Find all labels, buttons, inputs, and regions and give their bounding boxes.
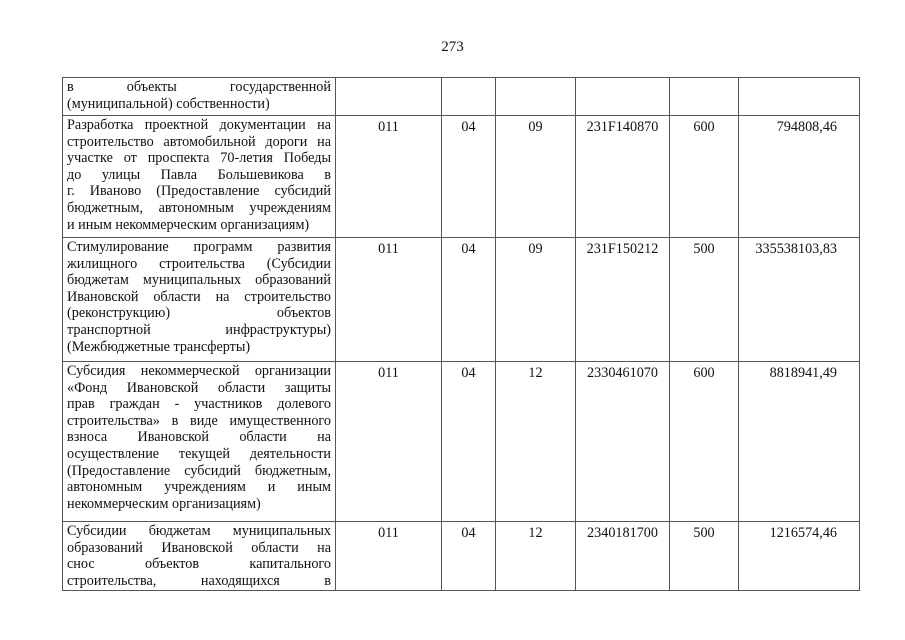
ministry-code: 011 <box>336 238 442 362</box>
expense-description: Субсидия некоммерческой организации«Фонд… <box>63 362 336 522</box>
expense-type-code: 600 <box>670 116 739 238</box>
ministry-code: 011 <box>336 362 442 522</box>
description-line: бюджетным, автономным учреждениям <box>67 200 331 217</box>
description-line: и иным некоммерческим организациям) <box>67 217 331 234</box>
description-line: некоммерческим организациям) <box>67 496 331 513</box>
target-article-code: 2330461070 <box>576 362 670 522</box>
description-line: снос объектов капитального <box>67 556 331 573</box>
expense-type-code <box>670 78 739 116</box>
description-line: (муниципальной) собственности) <box>67 96 331 113</box>
ministry-code: 011 <box>336 116 442 238</box>
subsection-code: 12 <box>496 362 576 522</box>
description-line: жилищного строительства (Субсидии <box>67 256 331 273</box>
description-line: до улицы Павла Большевикова в <box>67 167 331 184</box>
description-line: осуществление текущей деятельности <box>67 446 331 463</box>
amount-value: 1216574,46 <box>739 522 860 591</box>
description-line: строительства, находящихся в <box>67 573 331 590</box>
description-line: взноса Ивановской области на <box>67 429 331 446</box>
target-article-code: 231F140870 <box>576 116 670 238</box>
target-article-code: 231F150212 <box>576 238 670 362</box>
description-line: автономным учреждениям и иным <box>67 479 331 496</box>
description-line: (Межбюджетные трансферты) <box>67 339 331 356</box>
description-line: участке от проспекта 70-летия Победы <box>67 150 331 167</box>
budget-table: в объекты государственной(муниципальной)… <box>62 77 860 591</box>
expense-description: Субсидии бюджетам муниципальныхобразован… <box>63 522 336 591</box>
subsection-code: 12 <box>496 522 576 591</box>
description-line: прав граждан - участников долевого <box>67 396 331 413</box>
section-code: 04 <box>442 116 496 238</box>
description-line: Субсидия некоммерческой организации <box>67 363 331 380</box>
expense-description: в объекты государственной(муниципальной)… <box>63 78 336 116</box>
section-code: 04 <box>442 238 496 362</box>
table-row: Стимулирование программ развитияжилищног… <box>63 238 860 362</box>
subsection-code <box>496 78 576 116</box>
expense-description: Разработка проектной документации настро… <box>63 116 336 238</box>
ministry-code <box>336 78 442 116</box>
description-line: строительство автомобильной дороги на <box>67 134 331 151</box>
expense-type-code: 500 <box>670 522 739 591</box>
description-line: строительства» в виде имущественного <box>67 413 331 430</box>
subsection-code: 09 <box>496 116 576 238</box>
expense-type-code: 600 <box>670 362 739 522</box>
amount-value: 794808,46 <box>739 116 860 238</box>
description-line: г. Иваново (Предоставление субсидий <box>67 183 331 200</box>
amount-value: 335538103,83 <box>739 238 860 362</box>
expense-description: Стимулирование программ развитияжилищног… <box>63 238 336 362</box>
table-row: Разработка проектной документации настро… <box>63 116 860 238</box>
table-row: Субсидия некоммерческой организации«Фонд… <box>63 362 860 522</box>
description-line: транспортной инфраструктуры) <box>67 322 331 339</box>
description-line: (Предоставление субсидий бюджетным, <box>67 463 331 480</box>
description-line: Стимулирование программ развития <box>67 239 331 256</box>
description-line: Разработка проектной документации на <box>67 117 331 134</box>
section-code: 04 <box>442 522 496 591</box>
page-number: 273 <box>0 38 905 56</box>
expense-type-code: 500 <box>670 238 739 362</box>
target-article-code <box>576 78 670 116</box>
description-line: (реконструкцию) объектов <box>67 305 331 322</box>
budget-table-body: в объекты государственной(муниципальной)… <box>63 78 860 591</box>
description-line: в объекты государственной <box>67 79 331 96</box>
target-article-code: 2340181700 <box>576 522 670 591</box>
description-line: «Фонд Ивановской области защиты <box>67 380 331 397</box>
amount-value <box>739 78 860 116</box>
ministry-code: 011 <box>336 522 442 591</box>
description-line: Ивановской области на строительство <box>67 289 331 306</box>
table-row: Субсидии бюджетам муниципальныхобразован… <box>63 522 860 591</box>
subsection-code: 09 <box>496 238 576 362</box>
section-code: 04 <box>442 362 496 522</box>
description-line: Субсидии бюджетам муниципальных <box>67 523 331 540</box>
amount-value: 8818941,49 <box>739 362 860 522</box>
description-line: бюджетам муниципальных образований <box>67 272 331 289</box>
description-line: образований Ивановской области на <box>67 540 331 557</box>
section-code <box>442 78 496 116</box>
table-row: в объекты государственной(муниципальной)… <box>63 78 860 116</box>
